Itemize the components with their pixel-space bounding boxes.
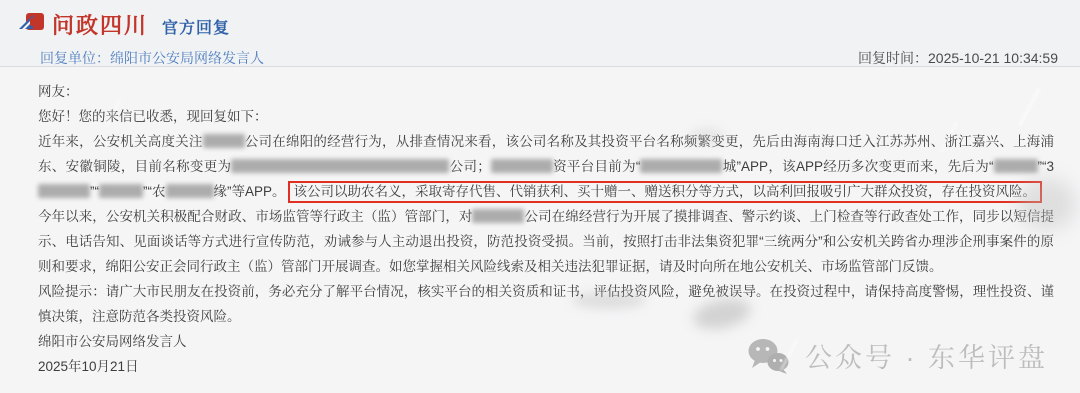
reply-unit: 回复单位：绵阳市公安局网络发言人 bbox=[40, 48, 264, 68]
header: 问政四川 官方回复 回复单位：绵阳市公安局网络发言人 回复时间：2025-10-… bbox=[0, 0, 1080, 67]
official-reply-badge: 官方回复 bbox=[162, 15, 230, 38]
reply-body: 网友：您好！您的来信已收悉，现回复如下：近年来，公安机关高度关注公司在绵阳的经营… bbox=[0, 67, 1080, 379]
redacted-text bbox=[640, 159, 722, 173]
reply-unit-label: 回复单位： bbox=[40, 50, 110, 66]
paragraph-investigation: 近年来，公安机关高度关注公司在绵阳的经营行为，从排查情况来看，该公司名称及其投资… bbox=[38, 129, 1054, 204]
redacted-text bbox=[231, 159, 449, 173]
reply-time-value: 2025-10-21 10:34:59 bbox=[928, 50, 1058, 66]
redacted-text bbox=[166, 184, 214, 198]
paragraph-risk-warning: 风险提示：请广大市民朋友在投资前，务必充分了解平台情况，核实平台的相关资质和证书… bbox=[38, 279, 1054, 329]
paragraph-signature: 绵阳市公安局网络发言人 bbox=[38, 329, 1054, 354]
wenzheng-sichuan-logo-icon bbox=[18, 12, 45, 37]
official-reply-page: 问政四川 官方回复 回复单位：绵阳市公安局网络发言人 回复时间：2025-10-… bbox=[0, 0, 1080, 393]
redacted-text bbox=[203, 134, 245, 148]
redacted-text bbox=[472, 209, 524, 223]
highlighted-risk-statement: 该公司以助农名义，采取寄存代售、代销获利、买十赠一、赠送积分等方式，以高利回报吸… bbox=[288, 181, 1043, 203]
redacted-text bbox=[491, 159, 553, 173]
redacted-text bbox=[38, 184, 90, 198]
paragraph-date: 2025年10月21日 bbox=[38, 354, 1054, 379]
redacted-text bbox=[994, 159, 1038, 173]
reply-time: 回复时间：2025-10-21 10:34:59 bbox=[858, 48, 1058, 68]
paragraph-salutation: 网友： bbox=[38, 79, 1054, 104]
redacted-text bbox=[99, 184, 143, 198]
paragraph-greeting: 您好！您的来信已收悉，现回复如下： bbox=[38, 104, 1054, 129]
reply-unit-value[interactable]: 绵阳市公安局网络发言人 bbox=[110, 50, 264, 66]
reply-time-label: 回复时间： bbox=[858, 50, 928, 66]
reply-meta-row: 回复单位：绵阳市公安局网络发言人 回复时间：2025-10-21 10:34:5… bbox=[0, 40, 1080, 68]
site-brand[interactable]: 问政四川 官方回复 bbox=[0, 0, 1080, 40]
site-title: 问政四川 bbox=[52, 9, 148, 40]
paragraph-action-taken: 今年以来，公安机关积极配合财政、市场监管等行政主（监）管部门，对公司在绵经营行为… bbox=[38, 204, 1054, 279]
